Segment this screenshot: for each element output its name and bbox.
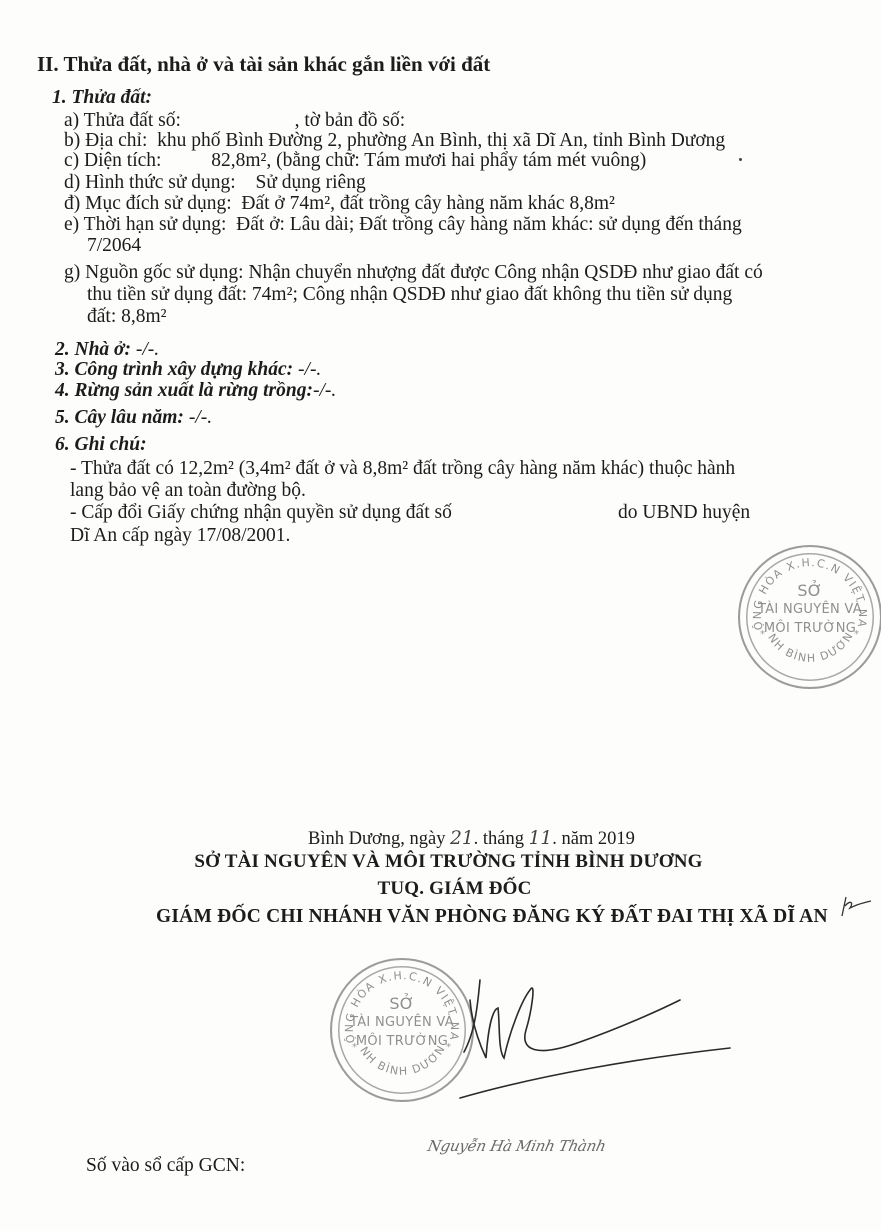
origin-label: g) Nguồn gốc sử dụng: [64,262,244,283]
map-sheet-label: , tờ bản đồ số: [295,110,406,131]
parcel-number-row: a) Thửa đất số: , tờ bản đồ số: [64,110,405,132]
address-value: khu phố Bình Đường 2, phường An Bình, th… [157,130,725,151]
official-seal-stamp: CỘNG HÒA X.H.C.N VIỆT NAM TỈNH BÌNH DƯƠN… [738,545,881,689]
year-label: năm 2019 [561,829,634,849]
note-2-line-1b: do UBND huyện [618,502,750,524]
signer-title: GIÁM ĐỐC CHI NHÁNH VĂN PHÒNG ĐĂNG KÝ ĐẤT… [156,906,828,928]
perennial-trees-heading: 5. Cây lâu năm: [55,407,184,428]
other-construction-row: 3. Công trình xây dựng khác: -/-. [55,359,321,381]
note-2-line-1a: - Cấp đổi Giấy chứng nhận quyền sử dụng … [70,502,452,524]
parcel-heading: 1. Thửa đất: [52,87,152,109]
other-construction-value: -/-. [298,359,321,380]
month-value: 11 [529,828,553,849]
stamp-line-1: SỞ [740,581,880,600]
house-value: -/-. [136,339,159,360]
usage-purpose-value: Đất ở 74m², đất trồng cây hàng năm khác … [241,193,614,214]
usage-term-row: e) Thời hạn sử dụng: Đất ở: Lâu dài; Đất… [64,214,742,236]
origin-value-cont-1: thu tiền sử dụng đất: 74m²; Công nhận QS… [87,284,732,306]
stamp-line-2: TÀI NGUYÊN VÀ [740,600,880,619]
stamp-line-3: MÔI TRƯỜNG [740,619,880,638]
plantation-forest-value: -/-. [313,380,336,401]
address-label: b) Địa chỉ: [64,130,147,151]
place-prefix: Bình Dương, ngày [308,829,446,849]
house-row: 2. Nhà ở: -/-. [55,339,159,361]
month-label: tháng [483,829,524,849]
usage-term-value: Đất ở: Lâu dài; Đất trồng cây hàng năm k… [236,214,742,235]
speck-mark [739,158,742,161]
on-behalf-title: TUQ. GIÁM ĐỐC [14,878,881,900]
handwritten-signature-icon [440,970,760,1100]
house-heading: 2. Nhà ở: [55,339,131,360]
plantation-forest-row: 4. Rừng sản xuất là rừng trồng:-/-. [55,380,336,402]
notes-heading: 6. Ghi chú: [55,434,147,456]
origin-value-cont-2: đất: 8,8m² [87,306,167,328]
day-value: 21 [450,828,474,849]
origin-row: g) Nguồn gốc sử dụng: Nhận chuyển nhượng… [64,262,763,284]
usage-purpose-row: đ) Mục đích sử dụng: Đất ở 74m², đất trồ… [64,193,615,215]
area-value: 82,8m², (bằng chữ: Tám mươi hai phẩy tám… [211,150,646,171]
registry-row: Số vào sổ cấp GCN: [86,1155,245,1177]
section-title: II. Thửa đất, nhà ở và tài sản khác gắn … [37,52,490,77]
plantation-forest-heading: 4. Rừng sản xuất là rừng trồng: [55,380,313,401]
registry-label: Số vào sổ cấp GCN: [86,1155,245,1176]
usage-term-label: e) Thời hạn sử dụng: [64,214,226,235]
origin-value: Nhận chuyển nhượng đất được Công nhận QS… [248,262,762,283]
usage-form-value: Sử dụng riêng [255,172,365,193]
other-construction-heading: 3. Công trình xây dựng khác: [55,359,293,380]
parcel-number-label: a) Thửa đất số: [64,110,181,131]
land-certificate-page: II. Thửa đất, nhà ở và tài sản khác gắn … [0,0,881,1231]
perennial-trees-value: -/-. [189,407,212,428]
area-row: c) Diện tích: 82,8m², (bằng chữ: Tám mươ… [64,150,646,172]
note-1-line-2: lang bảo vệ an toàn đường bộ. [70,480,306,502]
address-row: b) Địa chỉ: khu phố Bình Đường 2, phường… [64,130,725,152]
usage-form-row: d) Hình thức sử dụng: Sử dụng riêng [64,172,366,194]
usage-form-label: d) Hình thức sử dụng: [64,172,236,193]
place-date-line: Bình Dương, ngày 21. tháng 11. năm 2019 [308,828,635,850]
area-label: c) Diện tích: [64,150,161,171]
initial-mark-icon [838,894,874,920]
signer-name: Nguyễn Hà Minh Thành [426,1137,607,1155]
usage-term-value-cont: 7/2064 [87,235,141,257]
note-1-line-1: - Thửa đất có 12,2m² (3,4m² đất ở và 8,8… [70,458,735,480]
note-2-line-2: Dĩ An cấp ngày 17/08/2001. [70,525,290,547]
department-name: SỞ TÀI NGUYÊN VÀ MÔI TRƯỜNG TỈNH BÌNH DƯ… [8,851,881,873]
perennial-trees-row: 5. Cây lâu năm: -/-. [55,407,212,429]
usage-purpose-label: đ) Mục đích sử dụng: [64,193,232,214]
